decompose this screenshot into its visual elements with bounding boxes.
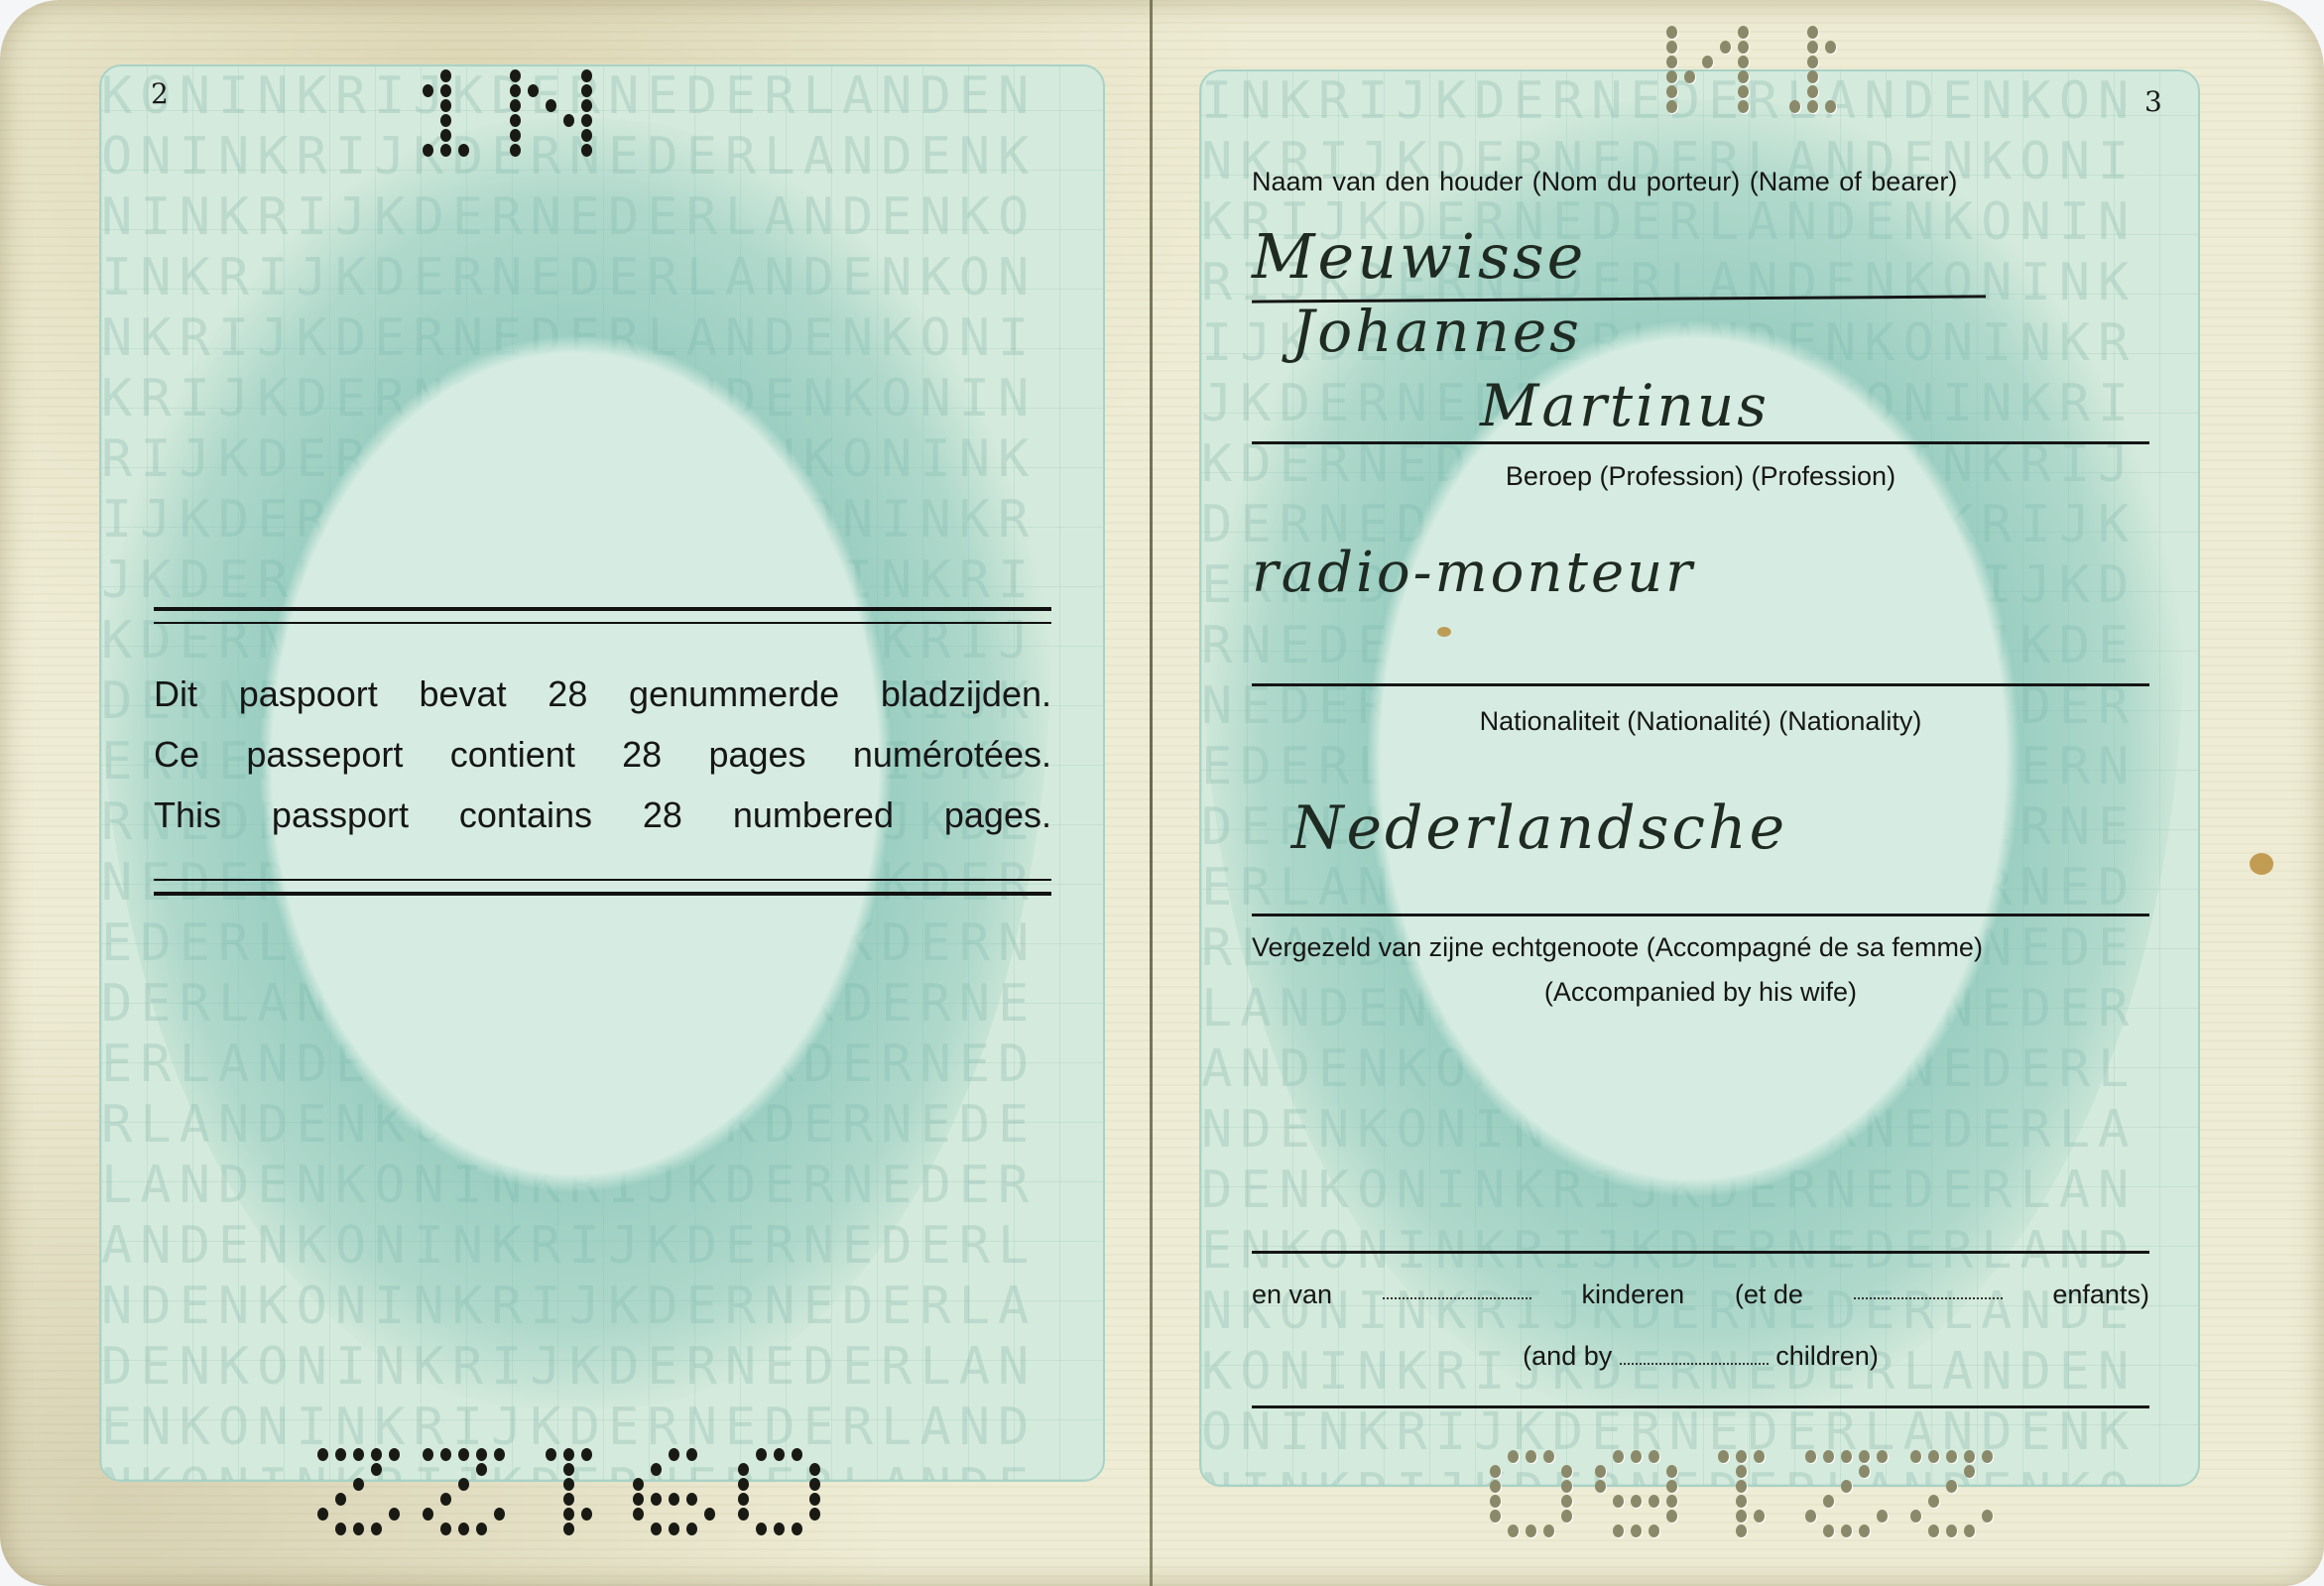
perforation-hole <box>1823 1495 1834 1508</box>
perforation-hole <box>563 114 574 127</box>
perforation-hole <box>458 1523 469 1535</box>
perforation-hole <box>440 129 451 142</box>
perforation-hole <box>1807 85 1818 98</box>
perforation-hole <box>440 1523 451 1535</box>
perforation-hole <box>528 84 539 97</box>
perforation-hole <box>669 1523 679 1535</box>
perforation-hole <box>440 69 451 82</box>
page-2: KONINKRIJKDERNEDERLANDEN ONINKRIJKDERNED… <box>0 0 1150 1586</box>
perforation-hole <box>1738 56 1749 68</box>
perforation-hole <box>633 1478 644 1491</box>
word: bladzijden. <box>881 664 1051 724</box>
perforation-hole <box>440 114 451 127</box>
perforation-hole <box>1631 1495 1642 1508</box>
blank-field-enfants-count <box>1854 1280 2003 1299</box>
perforation-hole <box>1928 1495 1939 1508</box>
perforation-hole <box>792 1523 802 1535</box>
perforation-hole <box>1754 1450 1765 1463</box>
perforation-hole <box>738 1493 749 1506</box>
perforation-hole <box>494 1508 505 1521</box>
blank-field-children-count-en <box>1620 1345 1769 1365</box>
perforation-hole <box>1490 1510 1501 1523</box>
notice-line-english: This passport contains 28 numbered pages… <box>154 785 1051 845</box>
perforation-hole <box>1736 1480 1747 1493</box>
perforation-hole <box>1736 1465 1747 1478</box>
perforation-hole <box>1526 1450 1536 1463</box>
perforation-hole <box>1823 1450 1834 1463</box>
nationality-label: Nationaliteit (Nationalité) (Nationality… <box>1252 706 2149 737</box>
perforation-hole <box>563 1463 574 1476</box>
label-text: kinderen <box>1582 1280 1685 1310</box>
perforation-hole <box>581 144 592 157</box>
notice-line-french: Ce passeport contient 28 pages numérotée… <box>154 724 1051 785</box>
perforation-hole <box>1825 41 1836 54</box>
perforation-hole <box>581 69 592 82</box>
word: contains <box>459 785 592 845</box>
nationality-value: Nederlandsche <box>1291 793 1787 863</box>
divider <box>1252 1251 2149 1254</box>
perforation-hole <box>1982 1450 1993 1463</box>
perforation-hole <box>1561 1495 1572 1508</box>
perforation-hole <box>581 84 592 97</box>
perforation-hole <box>563 1523 574 1535</box>
stain <box>1437 627 1451 637</box>
children-line: en van kinderen (et de enfants) <box>1252 1280 2149 1310</box>
label-text: en van <box>1252 1280 1332 1310</box>
perforation-hole <box>1666 1480 1677 1493</box>
perforation-hole <box>563 1493 574 1506</box>
perforation-hole <box>317 1508 328 1521</box>
perforation-hole <box>353 1523 364 1535</box>
blank-field-children-count <box>1383 1280 1531 1299</box>
perforation-hole <box>1561 1510 1572 1523</box>
perforation-hole <box>1666 1510 1677 1523</box>
perforation-hole <box>809 1478 820 1491</box>
perforation-hole <box>704 1508 715 1521</box>
perforation-hole <box>1613 1450 1624 1463</box>
perforation-hole <box>458 144 469 157</box>
divider <box>1252 441 2149 444</box>
divider <box>154 622 1051 624</box>
perforation-hole <box>1928 1525 1939 1537</box>
children-line-english: (and by children) <box>1252 1341 2149 1372</box>
word: numbered <box>733 785 894 845</box>
perforation-hole <box>440 1493 451 1506</box>
name-value-surname: Meuwisse <box>1252 220 1586 293</box>
perforation-hole <box>738 1478 749 1491</box>
perforation-hole <box>1666 85 1677 98</box>
perforation-hole <box>546 1448 556 1461</box>
perforation-hole <box>1736 1495 1747 1508</box>
perforation-hole <box>440 84 451 97</box>
perforation-hole <box>774 1448 785 1461</box>
perforation-hole <box>1807 56 1818 68</box>
perforation-hole <box>1490 1495 1501 1508</box>
perforation-hole <box>809 1493 820 1506</box>
perforation-hole <box>1859 1525 1870 1537</box>
perforation-hole <box>1805 1450 1816 1463</box>
perforation-hole <box>389 1508 400 1521</box>
perforation-hole <box>651 1493 662 1506</box>
label-text: enfants) <box>2052 1280 2149 1310</box>
perforation-hole <box>1543 1525 1554 1537</box>
word: genummerde <box>629 664 839 724</box>
perforation-hole <box>1982 1510 1993 1523</box>
notice-line-dutch: Dit paspoort bevat 28 genummerde bladzij… <box>154 664 1051 724</box>
word: 28 <box>548 664 587 724</box>
page-number: 2 <box>151 77 169 110</box>
perforation-hole <box>1946 1450 1957 1463</box>
word: pages <box>708 724 805 785</box>
perforation-hole <box>581 114 592 127</box>
perforation-hole <box>458 1478 469 1491</box>
perforation-hole <box>809 1463 820 1476</box>
perforation-hole <box>1649 1495 1659 1508</box>
perforation-hole <box>1841 1450 1852 1463</box>
perforation-hole <box>1807 41 1818 54</box>
perforation-hole <box>1807 70 1818 83</box>
divider <box>154 607 1051 611</box>
perforation-hole <box>1508 1525 1519 1537</box>
perforation-hole <box>756 1448 767 1461</box>
perforation-hole <box>686 1448 697 1461</box>
perforation-hole <box>1738 85 1749 98</box>
perforation-hole <box>1964 1450 1975 1463</box>
perforation-hole <box>1490 1465 1501 1478</box>
spouse-label-english: (Accompanied by his wife) <box>1252 977 2149 1008</box>
perforation-hole <box>1736 1510 1747 1523</box>
perforation-hole <box>1823 1525 1834 1537</box>
perforation-hole <box>1859 1450 1870 1463</box>
label-text: Naam van den houder (Nom du porteur) (Na… <box>1252 167 1957 197</box>
perforation-hole <box>1666 26 1677 39</box>
perforation-hole <box>809 1508 820 1521</box>
perforation-hole <box>1910 1510 1921 1523</box>
perforation-hole <box>633 1493 644 1506</box>
perforation-hole <box>1613 1495 1624 1508</box>
perforation-hole <box>353 1478 364 1491</box>
perforation-hole <box>1910 1450 1921 1463</box>
perforation-hole <box>1789 100 1800 113</box>
divider <box>1252 914 2149 916</box>
perforation-hole <box>1490 1480 1501 1493</box>
perforation-hole <box>738 1463 749 1476</box>
perforation-hole <box>1666 1495 1677 1508</box>
perforation-hole <box>1595 1480 1606 1493</box>
perforation-hole <box>494 1448 505 1461</box>
word: 28 <box>643 785 682 845</box>
perforation-hole <box>581 129 592 142</box>
perforation-hole <box>756 1523 767 1535</box>
perforation-hole <box>686 1493 697 1506</box>
page-count-notice: Dit paspoort bevat 28 genummerde bladzij… <box>154 607 1051 896</box>
perforation-hole <box>1964 1465 1975 1478</box>
perforation-hole <box>774 1523 785 1535</box>
word: Ce <box>154 724 199 785</box>
label-text: children) <box>1775 1341 1879 1371</box>
stain <box>2250 853 2273 875</box>
perforation-hole <box>1561 1480 1572 1493</box>
perforation-hole <box>1720 41 1731 54</box>
perforation-hole <box>440 99 451 112</box>
perforation-hole <box>335 1448 346 1461</box>
word: This <box>154 785 221 845</box>
perforation-hole <box>669 1493 679 1506</box>
perforation-hole <box>1754 1510 1765 1523</box>
perforation-hole <box>510 114 521 127</box>
perforation-hole <box>510 144 521 157</box>
perforation-hole <box>371 1463 382 1476</box>
perforation-hole <box>738 1508 749 1521</box>
perforation-hole <box>317 1448 328 1461</box>
perforation-hole <box>510 69 521 82</box>
perforation-hole <box>563 1448 574 1461</box>
perforation-hole <box>1666 100 1677 113</box>
perforation-hole <box>335 1493 346 1506</box>
perforation-hole <box>1561 1465 1572 1478</box>
divider <box>1252 683 2149 686</box>
page-number: 3 <box>2144 85 2162 118</box>
perforation-hole <box>353 1448 364 1461</box>
perforation-hole <box>792 1448 802 1461</box>
perforation-hole <box>581 1448 592 1461</box>
perforation-hole <box>1666 1465 1677 1478</box>
perforation-hole <box>1649 1450 1659 1463</box>
perforation-hole <box>440 144 451 157</box>
perforation-hole <box>1595 1465 1606 1478</box>
perforation-hole <box>1825 100 1836 113</box>
perforation-hole <box>1738 70 1749 83</box>
word: passeport <box>246 724 403 785</box>
perforation-hole <box>1859 1465 1870 1478</box>
perforation-hole <box>633 1508 644 1521</box>
perforation-hole <box>1543 1450 1554 1463</box>
perforation-hole <box>423 1508 433 1521</box>
profession-value: radio-monteur <box>1252 541 1695 605</box>
perforation-hole <box>510 84 521 97</box>
word: pages. <box>944 785 1051 845</box>
perforation-hole <box>1805 1510 1816 1523</box>
perforation-hole <box>1718 1450 1729 1463</box>
perforation-hole <box>1928 1450 1939 1463</box>
perforation-hole <box>1807 26 1818 39</box>
name-value-given-1: Johannes <box>1291 298 1582 365</box>
name-value-given-2: Martinus <box>1480 372 1770 439</box>
spouse-label: Vergezeld van zijne echtgenoote (Accompa… <box>1252 932 2149 963</box>
perforation-hole <box>581 99 592 112</box>
perforation-hole <box>1666 70 1677 83</box>
perforation-hole <box>669 1448 679 1461</box>
perforation-hole <box>1631 1450 1642 1463</box>
word: numérotées. <box>853 724 1051 785</box>
word: contient <box>450 724 575 785</box>
perforation-hole <box>423 1448 433 1461</box>
perforation-hole <box>1508 1450 1519 1463</box>
perforation-hole <box>476 1523 487 1535</box>
divider <box>154 892 1051 896</box>
perforation-hole <box>1841 1525 1852 1537</box>
divider <box>154 879 1051 881</box>
perforation-hole <box>1738 26 1749 39</box>
name-label: Naam van den houder (Nom du porteur) (Na… <box>1252 167 2149 197</box>
perforation-hole <box>1736 1450 1747 1463</box>
perforation-hole <box>1807 100 1818 113</box>
perforation-hole <box>476 1448 487 1461</box>
perforation-hole <box>651 1463 662 1476</box>
passport-spread: KONINKRIJKDERNEDERLANDEN ONINKRIJKDERNED… <box>0 0 2324 1586</box>
perforation-hole <box>510 129 521 142</box>
perforation-hole <box>1666 56 1677 68</box>
perforation-hole <box>581 1508 592 1521</box>
perforation-hole <box>563 1508 574 1521</box>
perforation-hole <box>1841 1480 1852 1493</box>
perforation-hole <box>686 1523 697 1535</box>
perforation-hole <box>510 99 521 112</box>
perforation-hole <box>1613 1525 1624 1537</box>
perforation-hole <box>423 84 433 97</box>
word: 28 <box>622 724 662 785</box>
label-text: (et de <box>1735 1280 1803 1310</box>
perforation-hole <box>1649 1525 1659 1537</box>
divider <box>1252 1405 2149 1408</box>
perforation-hole <box>1738 100 1749 113</box>
perforation-hole <box>458 1448 469 1461</box>
perforation-hole <box>1736 1525 1747 1537</box>
perforation-hole <box>1946 1480 1957 1493</box>
word: paspoort <box>239 664 378 724</box>
perforation-hole <box>1702 56 1713 68</box>
perforation-hole <box>1946 1525 1957 1537</box>
word: bevat <box>420 664 507 724</box>
perforation-hole <box>1666 41 1677 54</box>
word: passport <box>272 785 409 845</box>
perforation-hole <box>1684 70 1695 83</box>
perforation-hole <box>440 1448 451 1461</box>
perforation-hole <box>1877 1510 1888 1523</box>
perforation-hole <box>651 1523 662 1535</box>
perforation-hole <box>371 1523 382 1535</box>
perforation-hole <box>476 1463 487 1476</box>
perforation-hole <box>563 1478 574 1491</box>
perforation-hole <box>1526 1525 1536 1537</box>
perforation-hole <box>1877 1450 1888 1463</box>
label-text: (and by <box>1523 1341 1612 1371</box>
perforation-hole <box>335 1523 346 1535</box>
word: Dit <box>154 664 197 724</box>
perforation-hole <box>1631 1525 1642 1537</box>
perforation-hole <box>389 1448 400 1461</box>
perforation-hole <box>423 144 433 157</box>
perforation-hole <box>1738 41 1749 54</box>
perforation-hole <box>371 1448 382 1461</box>
perforation-hole <box>546 99 556 112</box>
profession-label: Beroep (Profession) (Profession) <box>1252 461 2149 492</box>
perforation-hole <box>1964 1525 1975 1537</box>
